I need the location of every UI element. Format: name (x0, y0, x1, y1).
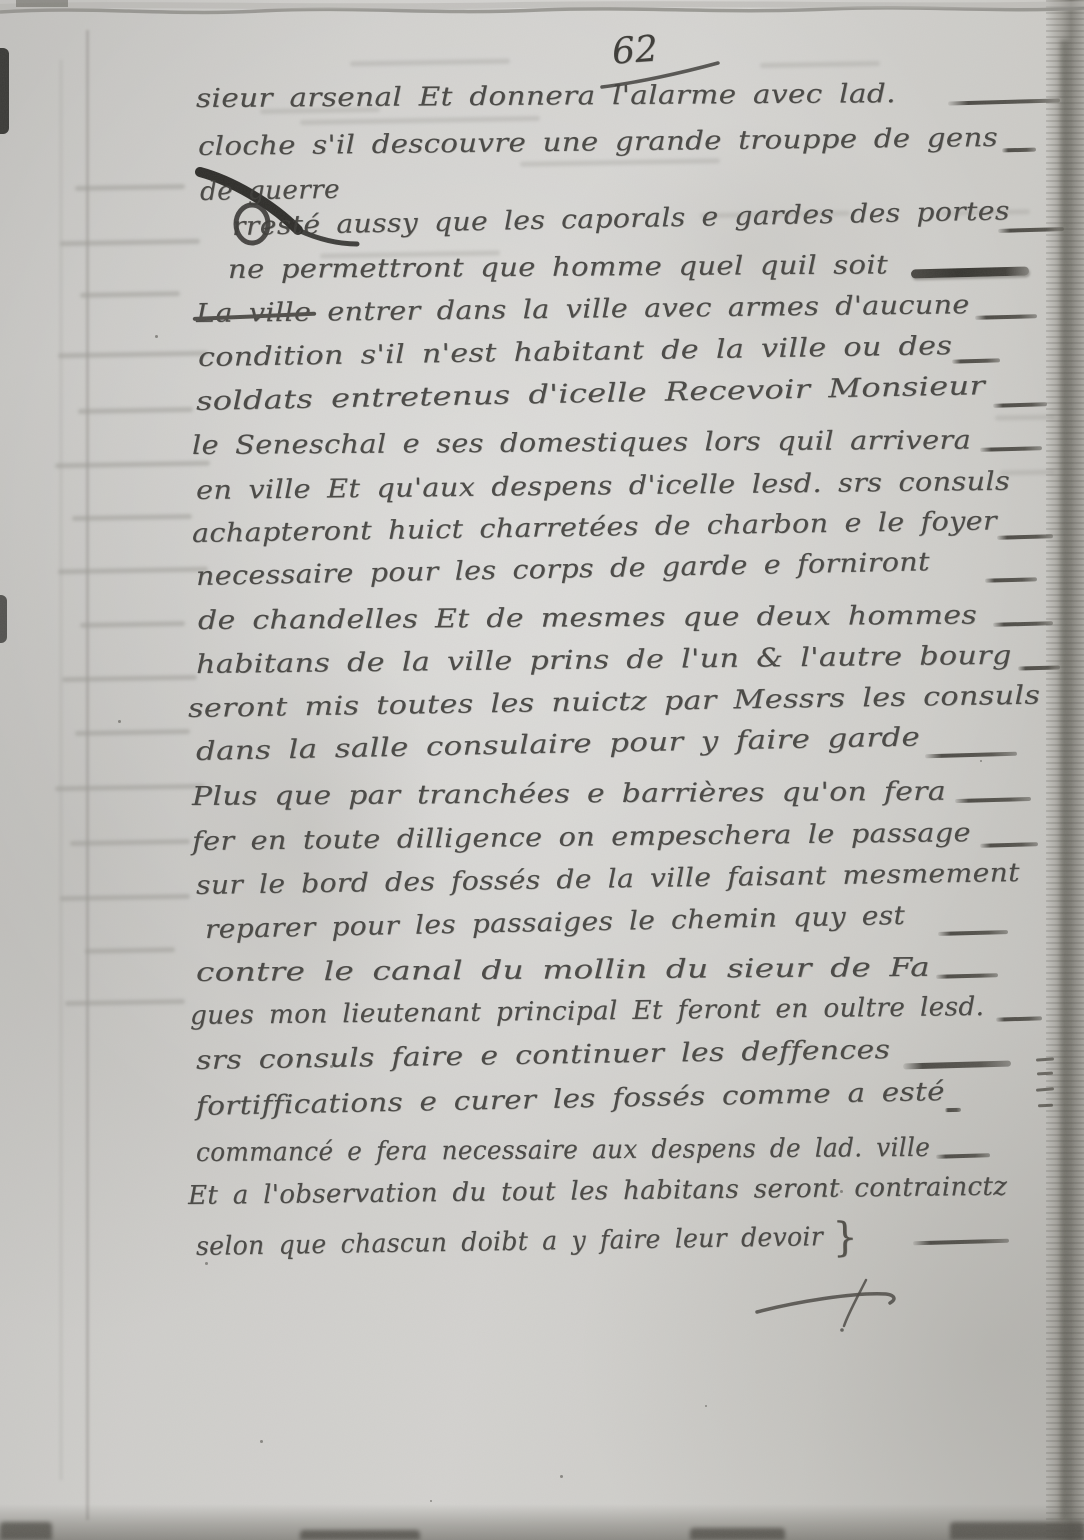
manuscript-line-25: commancé e fera necessaire aux despens d… (196, 1133, 930, 1168)
ink-speck (155, 335, 158, 338)
bottom-edge-blot (300, 1530, 420, 1540)
bleedthrough-stroke (350, 59, 510, 67)
bleedthrough-stroke (62, 675, 197, 682)
line-filler-dash (903, 1060, 1011, 1069)
line-filler-dash (993, 402, 1047, 408)
end-paraph-cross (740, 1266, 930, 1351)
paper-fold-line (60, 60, 62, 1480)
bleedthrough-stroke (78, 407, 193, 414)
page-binding-edge-shadow (1060, 40, 1069, 1520)
bleedthrough-stroke (72, 514, 192, 521)
left-edge-notch (0, 48, 9, 134)
line-filler-dash (980, 842, 1038, 848)
bleedthrough-stroke (80, 291, 180, 298)
line-filler-dash (975, 314, 1037, 320)
manuscript-line-1: sieur arsenal Et donnera l'alarme avec l… (196, 79, 896, 114)
line-filler-dash (925, 752, 1017, 759)
bleedthrough-stroke (58, 351, 208, 359)
struck-out-words: La ville (196, 298, 312, 329)
line-filler-dash (913, 1239, 1009, 1246)
ink-speck (840, 1190, 843, 1193)
line-filler-dash (1002, 148, 1036, 153)
bleedthrough-stroke (300, 116, 540, 125)
bottom-edge-blot (0, 1522, 52, 1540)
left-edge-notch (0, 595, 7, 643)
manuscript-line-3: de guerre (200, 175, 340, 207)
manuscript-line-27: selon que chascun doibt a y faire leur d… (196, 1214, 859, 1271)
bottom-edge-blot (690, 1528, 785, 1540)
bleedthrough-stroke (58, 567, 208, 575)
line-filler-dash (996, 1016, 1042, 1021)
bleedthrough-stroke (70, 839, 190, 846)
bleedthrough-stroke (80, 621, 185, 628)
page-top-edge (0, 0, 1084, 22)
bottom-edge-blot (950, 1522, 1084, 1540)
line-filler-dash (952, 358, 1000, 363)
manuscript-page: 62 sieur arsenal Et donnera l'alarme ave… (0, 0, 1084, 1540)
line-filler-dash (955, 797, 1031, 803)
line-filler-dash (945, 1108, 961, 1112)
manuscript-line-11: achapteront huict charretées de charbon … (192, 506, 997, 549)
manuscript-line-13: de chandelles Et de mesmes que deux homm… (198, 601, 977, 636)
line-filler-dash (980, 446, 1042, 452)
bleedthrough-stroke (75, 184, 185, 191)
ink-speck (705, 1405, 707, 1407)
ink-speck (430, 1500, 432, 1502)
ink-speck (260, 1440, 263, 1443)
line-filler-dash (936, 973, 998, 979)
ink-speck (118, 720, 121, 723)
manuscript-line-10: en ville Et qu'aux despens d'icelle lesd… (196, 467, 1010, 506)
bleedthrough-stroke (75, 729, 190, 736)
paper-fold-line (86, 30, 89, 1520)
ink-speck (560, 1475, 563, 1478)
manuscript-line-21: contre le canal du mollin du sieur de Fa (196, 953, 930, 988)
manuscript-line-17: Plus que par tranchées e barrières qu'on… (192, 777, 946, 812)
line-filler-dash (938, 930, 1008, 936)
bleedthrough-stroke (60, 239, 200, 246)
page-bottom-edge (0, 1504, 1084, 1540)
manuscript-line-5: ne permettront que homme quel quil soit (228, 250, 888, 285)
manuscript-line-24: fortiffications e curer les fossés comme… (196, 1077, 945, 1122)
manuscript-line-23: srs consuls faire e continuer les deffen… (196, 1035, 891, 1076)
manuscript-line-12: necessaire pour les corps de garde e for… (196, 547, 930, 592)
bleedthrough-stroke (55, 461, 210, 469)
line-filler-dash (993, 621, 1053, 627)
line-filler-dash (936, 1153, 990, 1159)
inked-out-word (911, 266, 1029, 278)
bleedthrough-stroke (85, 947, 175, 954)
paragraph-initial-stroke (185, 158, 385, 258)
bleedthrough-stroke (760, 61, 880, 68)
line-filler-dash (997, 534, 1053, 540)
bleedthrough-stroke (60, 894, 190, 901)
bleedthrough-stroke (65, 999, 185, 1006)
closing-brace-mark: } (832, 1214, 858, 1261)
line-filler-dash (948, 98, 1060, 105)
manuscript-line-26: Et a l'observation du tout les habitans … (188, 1172, 1008, 1211)
line-filler-dash (985, 577, 1037, 582)
ink-speck (980, 760, 982, 762)
manuscript-line-9: le Seneschal e ses domestiques lors quil… (192, 426, 971, 461)
ink-speck (330, 1065, 333, 1068)
ink-speck (205, 1262, 208, 1265)
